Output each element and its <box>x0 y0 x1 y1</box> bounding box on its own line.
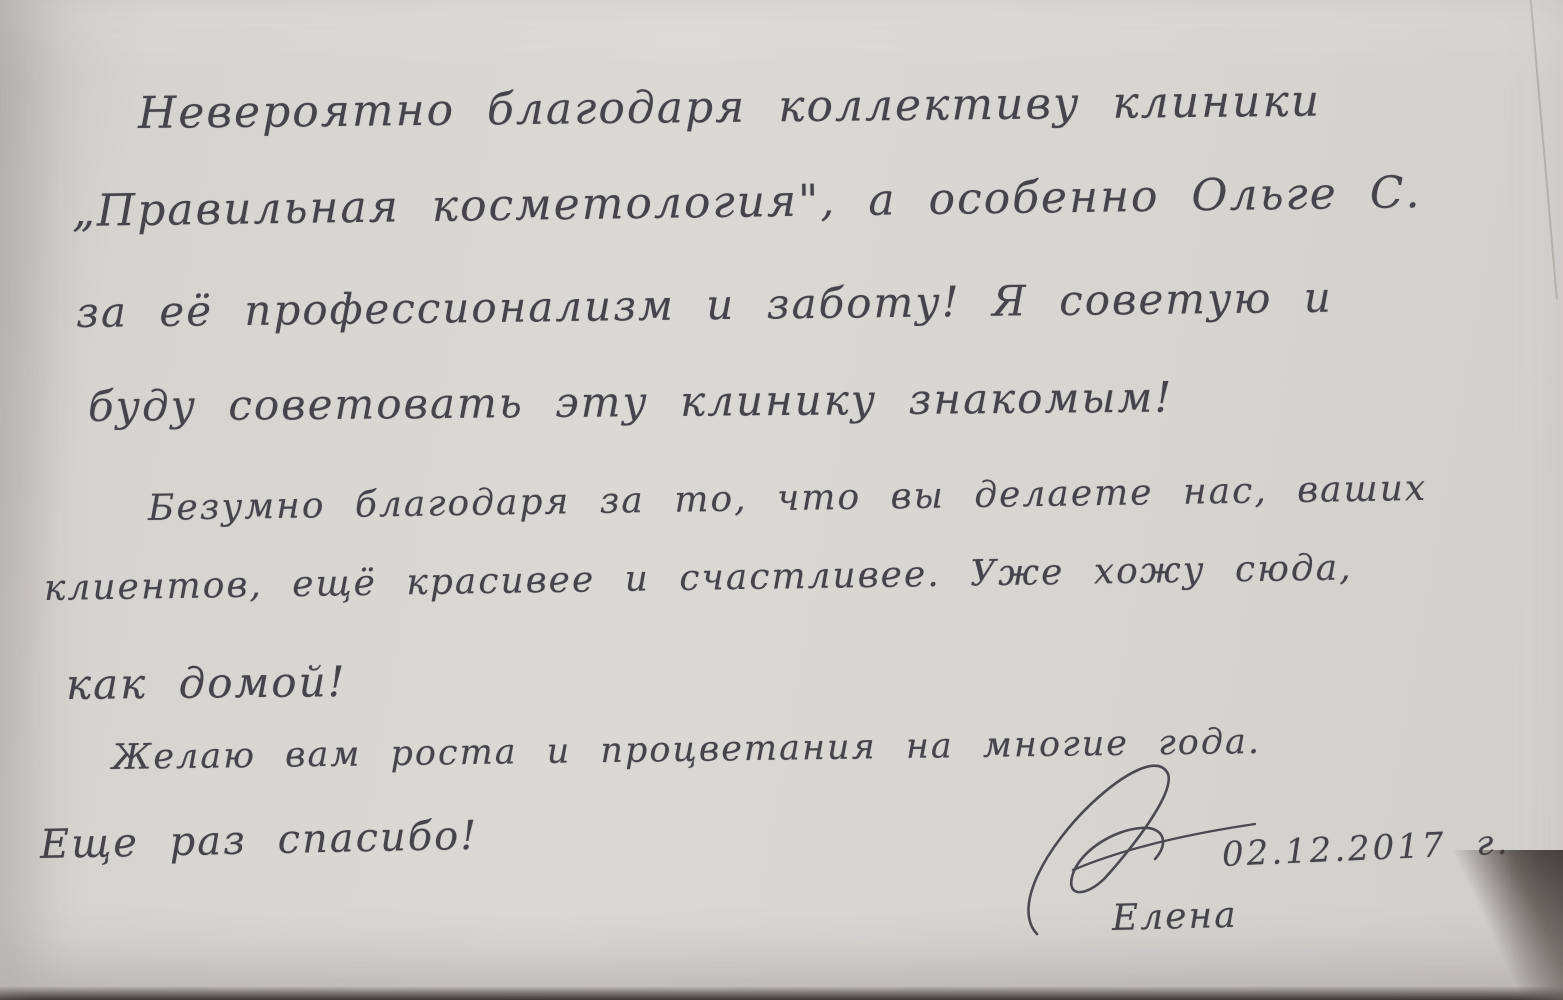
handwritten-line: Безумно благодаря за то, что вы делаете … <box>148 468 1428 529</box>
handwritten-line: Еще раз спасибо! <box>40 813 479 868</box>
handwritten-line: клиентов, ещё красивее и счастливее. Уже… <box>44 547 1353 609</box>
photo-of-handwritten-note: Невероятно благодаря коллективу клиники … <box>0 0 1563 1000</box>
handwritten-line: „Правильная косметология", а особенно Ол… <box>72 167 1422 237</box>
handwritten-line: за её профессионализм и заботу! Я совету… <box>76 273 1333 337</box>
handwritten-line: как домой! <box>66 657 347 709</box>
handwritten-line: буду советовать эту клинику знакомым! <box>88 373 1174 431</box>
handwritten-line: Невероятно благодаря коллективу клиники <box>138 76 1322 139</box>
photo-corner-shadow <box>1453 850 1563 1000</box>
signature-name: Елена <box>1111 895 1238 939</box>
photo-bottom-shadow <box>0 986 1563 1000</box>
paper-edge <box>1528 0 1558 299</box>
